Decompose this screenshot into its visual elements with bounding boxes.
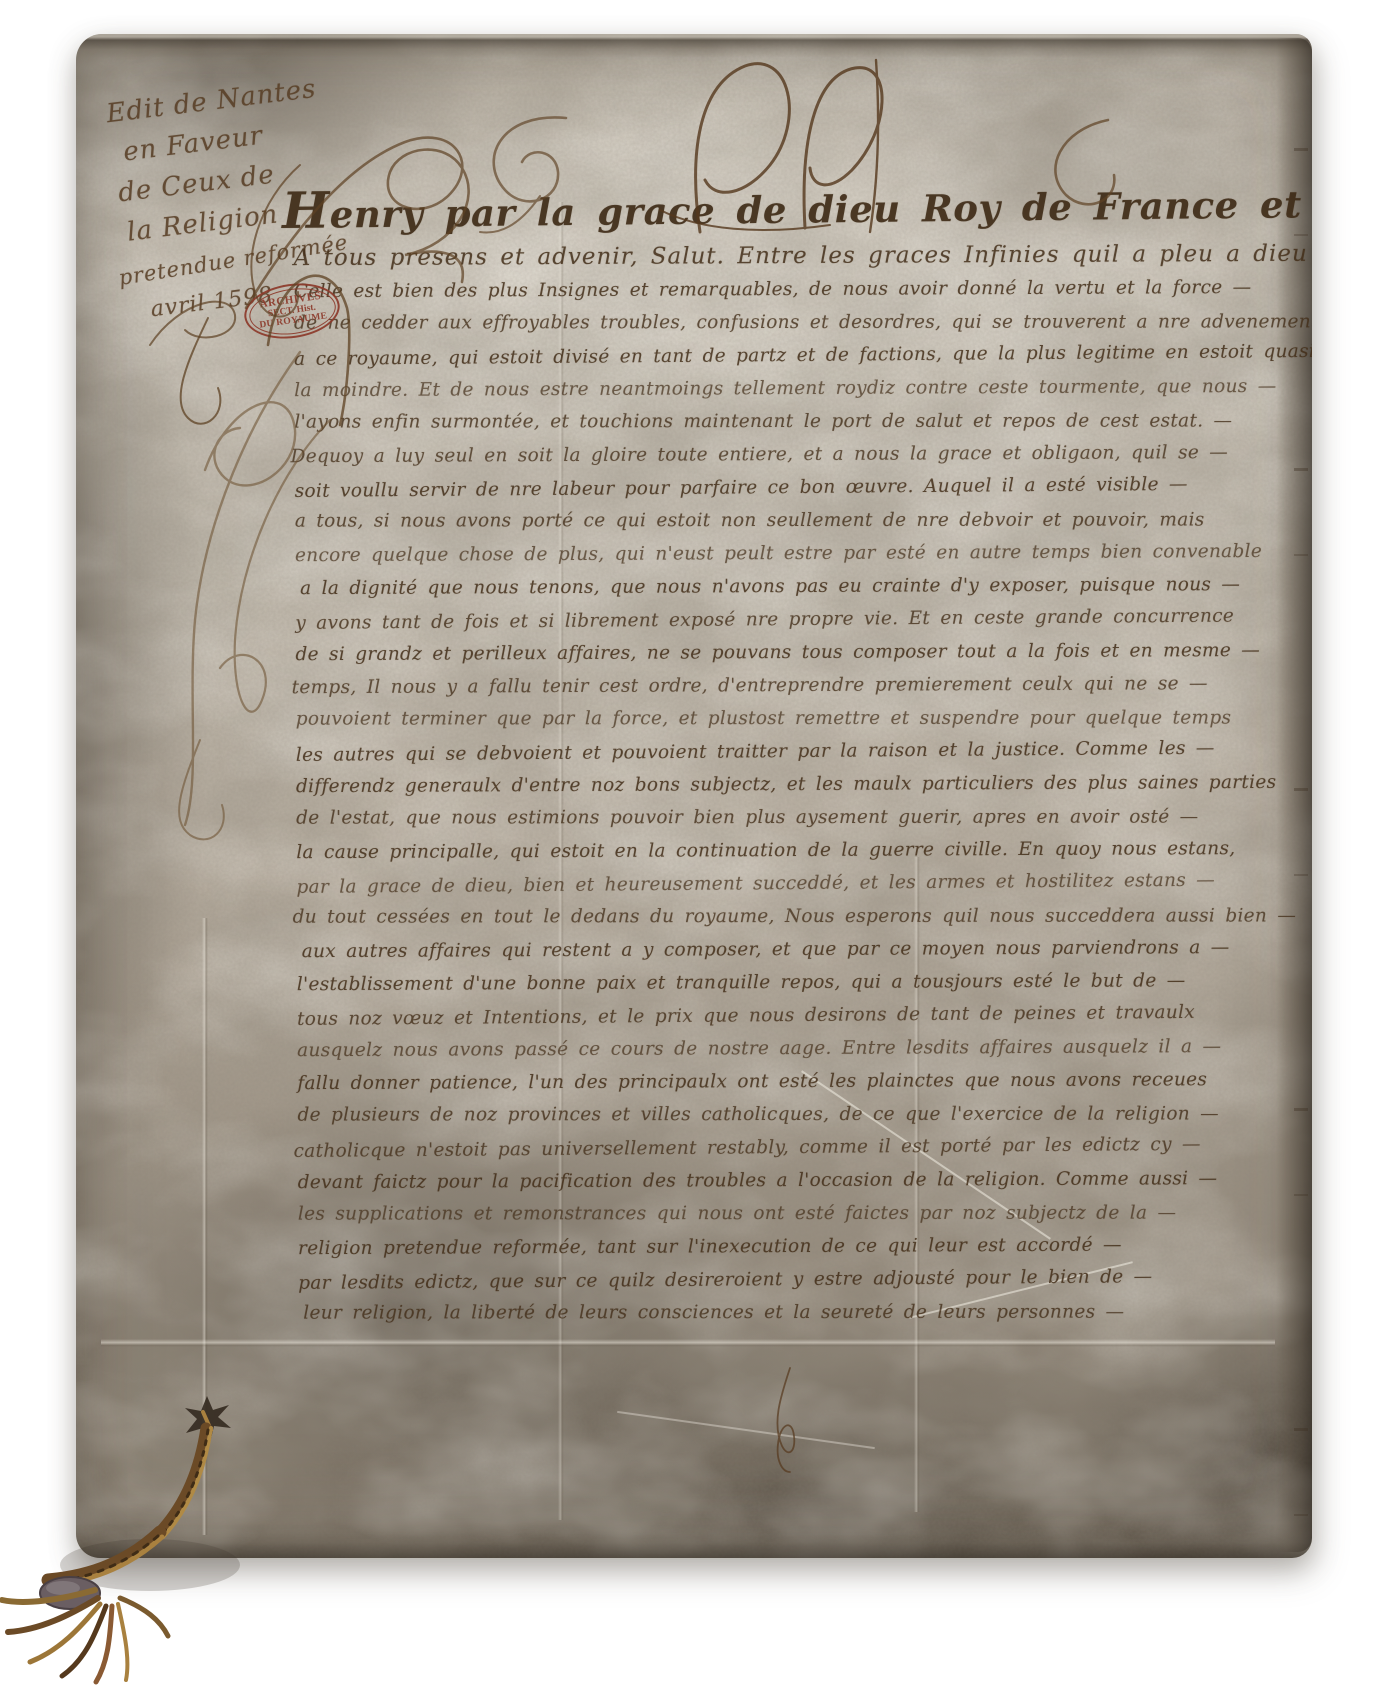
scratch-mark [617, 1411, 875, 1449]
text-line: differendz generaulx d'entre noz bons su… [296, 766, 1291, 803]
body-text-block: A tous presens et advenir, Salut. Entre … [294, 238, 1294, 1331]
text-line: de plusieurs de noz provinces et villes … [297, 1097, 1292, 1131]
text-line: de ne cedder aux effroyables troubles, c… [294, 305, 1289, 339]
text-line: de l'estat, que nous estimions pouvoir b… [296, 800, 1291, 834]
text-line: encore quelque chose de plus, qui n'eust… [295, 535, 1290, 572]
text-line: fallu donner patience, l'un des principa… [297, 1063, 1292, 1100]
vertical-fold-crease [202, 918, 208, 1535]
text-line: de si grandz et perilleux affaires, ne s… [295, 634, 1290, 671]
royal-intitulation-heading: Henry par la grace de dieu Roy de France… [282, 167, 1312, 240]
text-line: par la grace de dieu, bien et heureuseme… [296, 863, 1291, 904]
photo-background: { "document": { "description": "Edict of… [0, 0, 1378, 1702]
text-line: devant faictz pour la pacification des t… [298, 1162, 1293, 1199]
text-line: par lesdits edictz, que sur ce quilz des… [298, 1259, 1293, 1300]
text-line: Celle est bien des plus Insignes et rema… [294, 271, 1289, 308]
text-line: temps, Il nous y a fallu tenir cest ordr… [292, 667, 1291, 704]
text-line: ausquelz nous avons passé ce cours de no… [297, 1030, 1292, 1067]
cord-knot-highlight [46, 1581, 80, 1595]
text-line: l'ayons enfin surmontée, et touchions ma… [294, 404, 1289, 438]
text-line: leur religion, la liberté de leurs consc… [303, 1295, 1293, 1329]
text-line: les supplications et remonstrances qui n… [298, 1196, 1293, 1230]
text-line: soit voullu servir de nre labeur pour pa… [295, 467, 1290, 508]
text-line: A tous presens et advenir, Salut. Entre … [294, 238, 1289, 275]
text-line: aux autres affaires qui restent a y comp… [302, 931, 1292, 968]
text-line: la moindre. Et de nous estre neantmoings… [294, 370, 1289, 407]
cord-knot [40, 1577, 100, 1609]
cord-tassel-strands [2, 1590, 168, 1682]
text-line: a tous, si nous avons porté ce qui estoi… [295, 503, 1290, 537]
bottom-edge-shadow [76, 1532, 1312, 1558]
horizontal-fold-crease [101, 1339, 1275, 1347]
top-fold-crease [76, 34, 1312, 58]
text-line: pouvoient terminer que par la force, et … [296, 701, 1291, 735]
parchment-sheet: Edit de Nantes en Faveur de Ceux de la R… [76, 34, 1312, 1558]
text-line: du tout cessées en tout le dedans du roy… [293, 899, 1292, 933]
